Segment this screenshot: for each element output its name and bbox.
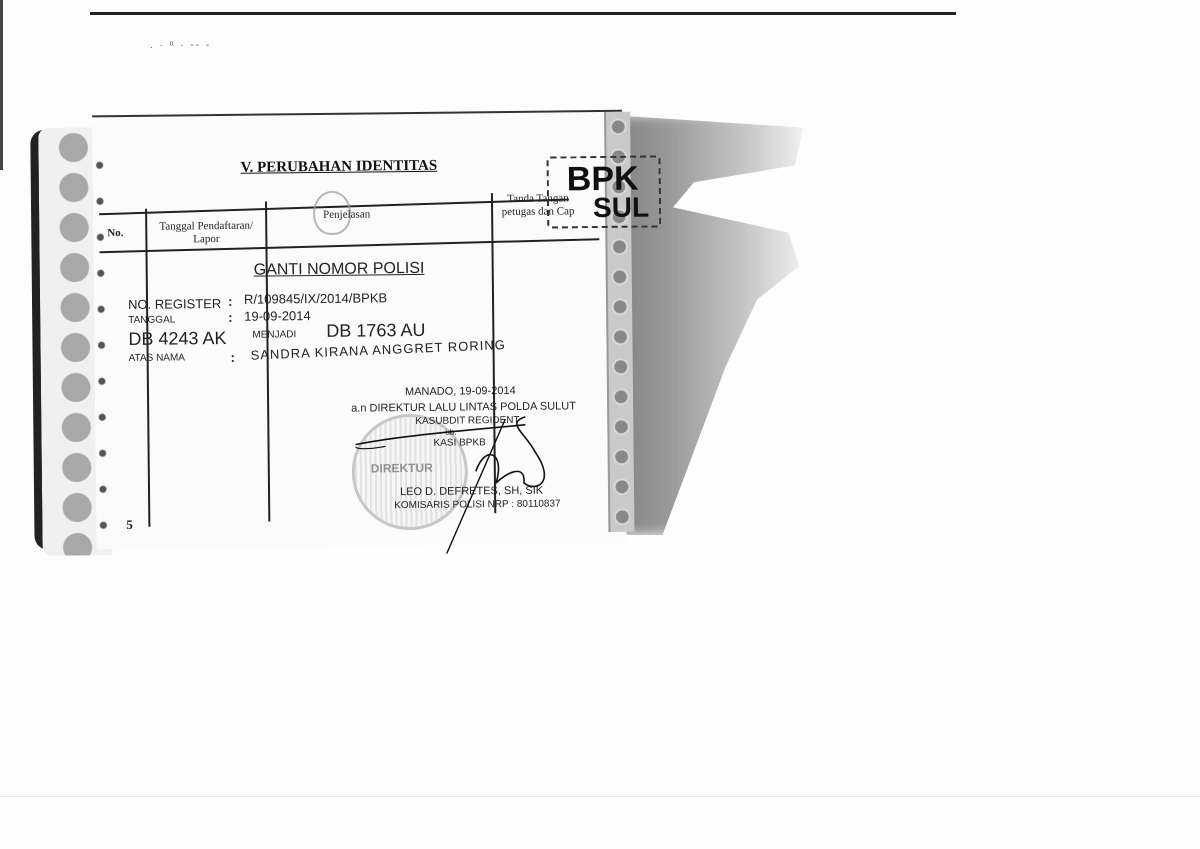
stamp-line2: SUL (593, 192, 649, 225)
scan-top-edge (90, 12, 956, 15)
no-register-value: R/109845/IX/2014/BPKB (244, 290, 387, 306)
header-tanggal: Tanggal Pendaftaran/ Lapor (151, 220, 261, 247)
document-page: V. PERUBAHAN IDENTITAS No. Tanggal Penda… (92, 110, 627, 550)
new-plate: DB 1763 AU (326, 320, 425, 342)
entry-heading: GANTI NOMOR POLISI (254, 260, 425, 280)
registration-book: V. PERUBAHAN IDENTITAS No. Tanggal Penda… (30, 102, 630, 556)
old-plate: DB 4243 AK (128, 328, 226, 350)
atas-nama-label: ATAS NAMA (129, 352, 185, 364)
signature (355, 412, 596, 555)
menjadi-label: MENJADI (252, 329, 296, 340)
bpkb-stamp: BPK SUL (547, 155, 662, 228)
tanggal-label: TANGGAL (128, 314, 175, 325)
no-register-label: NO. REGISTER (128, 296, 221, 312)
binding-holes (94, 147, 108, 547)
header-penjelasan: Penjelasan (323, 208, 370, 221)
tanggal-value: 19-09-2014 (244, 308, 311, 324)
separator: : (231, 350, 236, 365)
separator: : (228, 294, 233, 309)
header-no: No. (107, 227, 123, 240)
separator: : (228, 310, 233, 325)
scan-bottom-edge (0, 796, 1200, 797)
page-number: 5 (126, 517, 133, 533)
section-title: V. PERUBAHAN IDENTITAS (241, 158, 438, 177)
scan-specks: . · ᵒ · ‐‐ ‐ (150, 40, 211, 51)
col-divider (145, 209, 150, 527)
scan-left-edge (0, 0, 3, 170)
place-date: MANADO, 19-09-2014 (405, 385, 516, 398)
